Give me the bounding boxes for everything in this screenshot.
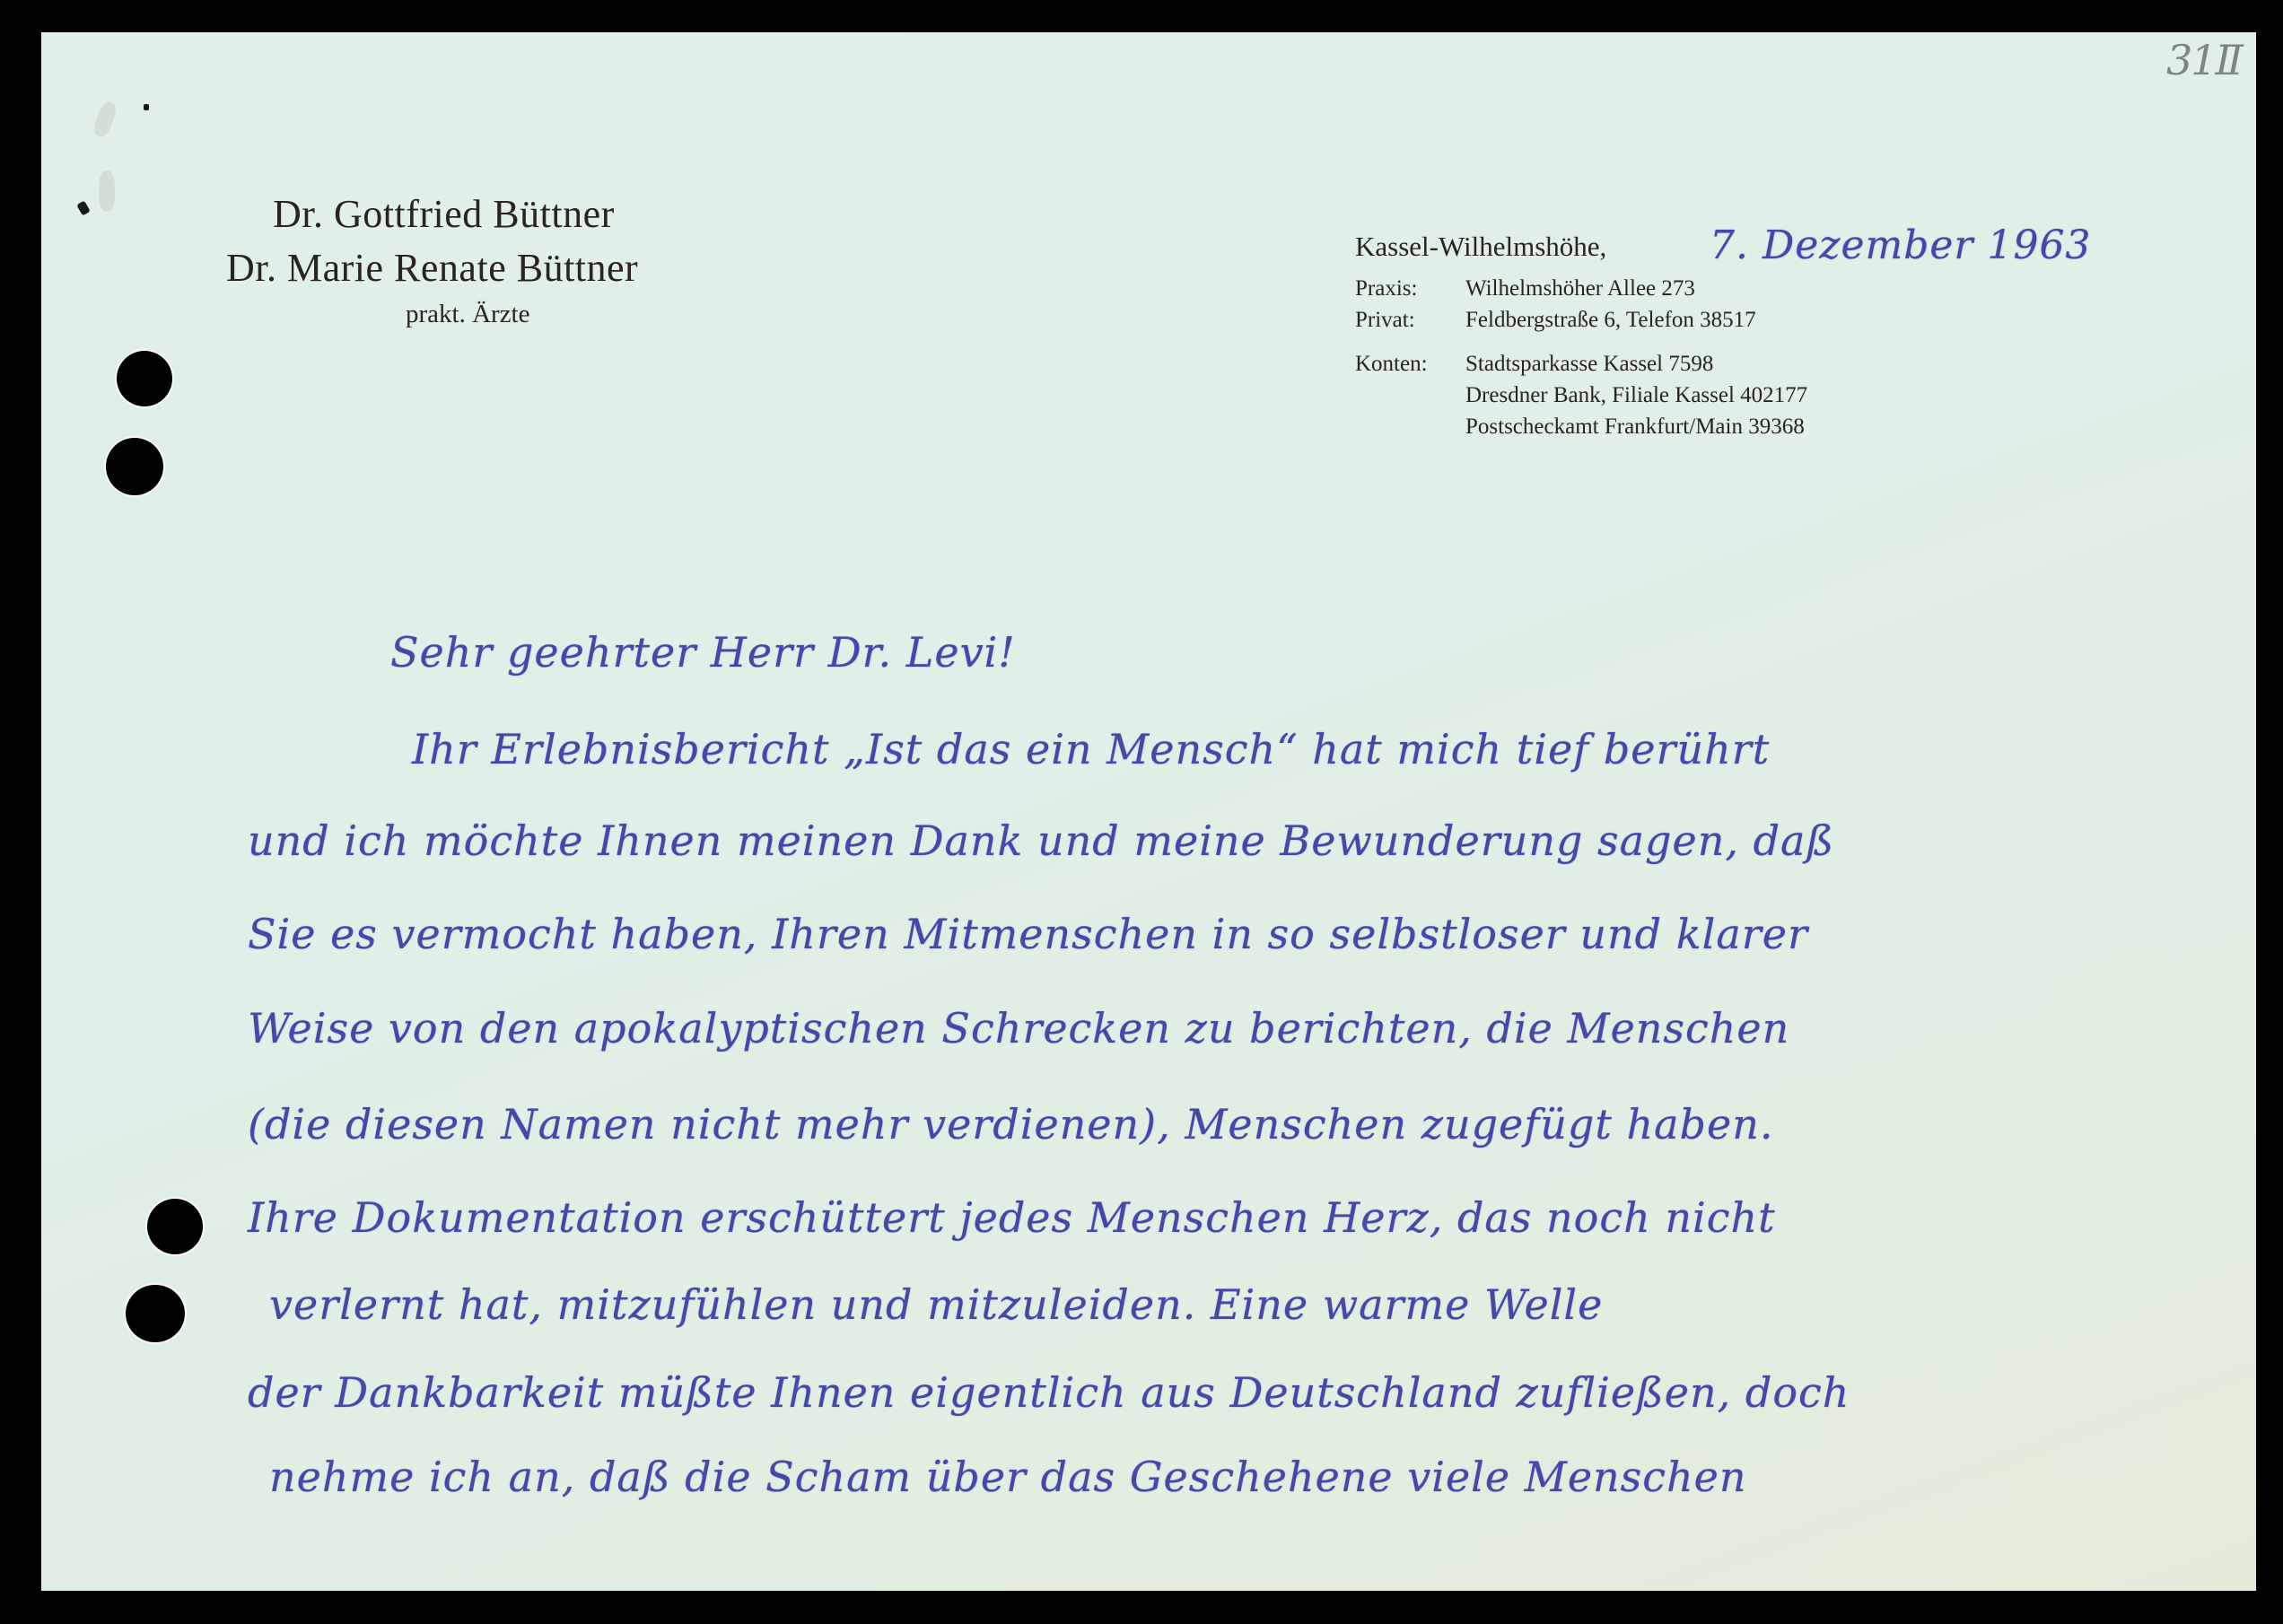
- punch-hole: [126, 1285, 185, 1342]
- address-label-praxis: Praxis:: [1355, 276, 1417, 301]
- paper-damage-mark: [144, 104, 149, 110]
- letter-line: Sie es vermocht haben, Ihren Mitmenschen…: [248, 910, 1808, 958]
- punch-hole: [106, 438, 163, 495]
- punch-hole: [147, 1199, 203, 1254]
- address-value-account-3: Postscheckamt Frankfurt/Main 39368: [1465, 415, 1805, 440]
- address-label-privat: Privat:: [1355, 308, 1415, 333]
- address-value-account-1: Stadtsparkasse Kassel 7598: [1465, 352, 1713, 377]
- letterhead-name-1: Dr. Gottfried Büttner: [273, 191, 615, 237]
- letter-line: und ich möchte Ihnen meinen Dank und mei…: [248, 816, 1834, 865]
- address-label-konten: Konten:: [1355, 352, 1428, 377]
- archive-number: 31Ⅱ: [2166, 36, 2242, 84]
- address-value-praxis: Wilhelmshöher Allee 273: [1465, 276, 1695, 301]
- letter-line: Ihr Erlebnisbericht „Ist das ein Mensch“…: [412, 725, 1770, 773]
- letterhead-name-2: Dr. Marie Renate Büttner: [226, 245, 638, 291]
- letter-line: Ihre Dokumentation erschüttert jedes Men…: [248, 1193, 1776, 1242]
- letterhead-profession: prakt. Ärzte: [406, 300, 530, 329]
- letter-line: nehme ich an, daß die Scham über das Ges…: [269, 1453, 1747, 1501]
- letter-line: Weise von den apokalyptischen Schrecken …: [248, 1004, 1789, 1052]
- letter-line: (die diesen Namen nicht mehr verdienen),…: [248, 1100, 1773, 1148]
- address-value-account-2: Dresdner Bank, Filiale Kassel 402177: [1465, 383, 1807, 408]
- paper-damage-mark: [99, 170, 115, 212]
- letter-line: der Dankbarkeit müßte Ihnen eigentlich a…: [248, 1368, 1850, 1417]
- handwritten-date: 7. Dezember 1963: [1710, 223, 2091, 268]
- letter-line: verlernt hat, mitzufühlen und mitzuleide…: [269, 1280, 1603, 1329]
- address-value-privat: Feldbergstraße 6, Telefon 38517: [1465, 308, 1756, 333]
- place-line: Kassel-Wilhelmshöhe,: [1355, 231, 1606, 263]
- salutation: Sehr geehrter Herr Dr. Levi!: [390, 628, 1016, 677]
- punch-hole: [117, 351, 172, 406]
